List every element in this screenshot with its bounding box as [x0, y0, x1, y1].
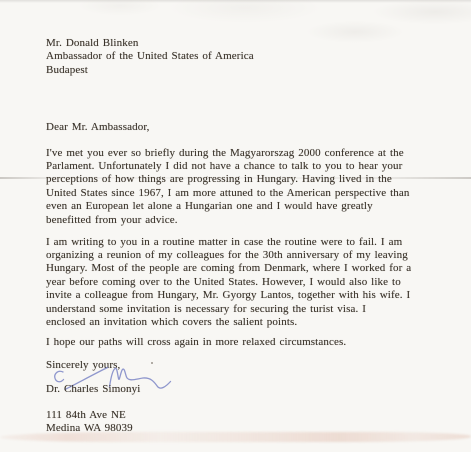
signature-name-text: Dr. Charles Simonyi	[46, 383, 448, 396]
body-paragraph-1: I've met you ever so briefly during the …	[46, 147, 448, 227]
recipient-line: Ambassador of the United States of Ameri…	[46, 50, 448, 63]
letter-page: Mr. Donald BlinkenAmbassador of the Unit…	[0, 0, 471, 452]
recipient-block: Mr. Donald BlinkenAmbassador of the Unit…	[46, 37, 448, 77]
body-line: organizing a reunion of my colleagues fo…	[46, 249, 448, 262]
body-line: even an European let alone a Hungarian o…	[46, 200, 448, 213]
body-line: enclosed an invitation which covers the …	[46, 316, 448, 329]
body-line: I've met you ever so briefly during the …	[46, 147, 448, 160]
sender-address-line: 111 84th Ave NE	[46, 409, 448, 422]
body-line: United States since 1967, I am more attu…	[46, 187, 448, 200]
sender-address-line: Medina WA 98039	[46, 422, 448, 435]
body-line: Hungary. Most of the people are coming f…	[46, 262, 448, 275]
body-line: Parlament. Unfortunately I did not have …	[46, 160, 448, 173]
sender-address-block: 111 84th Ave NEMedina WA 98039	[46, 409, 448, 436]
recipient-line: Budapest	[46, 64, 448, 77]
salutation-text: Dear Mr. Ambassador,	[46, 121, 448, 134]
closing-text: Sincerely yours,	[46, 359, 448, 372]
body-paragraph-2: I am writing to you in a routine matter …	[46, 236, 448, 330]
recipient-line: Mr. Donald Blinken	[46, 37, 448, 50]
closing: Sincerely yours,	[46, 359, 448, 372]
body-line: benefitted from your advice.	[46, 214, 448, 227]
body-line: I am writing to you in a routine matter …	[46, 236, 448, 249]
body-line: understand some invitation is necessary …	[46, 303, 448, 316]
body-line: invite a colleague from Hungary, Mr. Gyo…	[46, 289, 448, 302]
body-line: I hope our paths will cross again in mor…	[46, 336, 448, 349]
signature-name: Dr. Charles Simonyi	[46, 383, 448, 396]
body-line: perceptions of how things are progressin…	[46, 173, 448, 186]
body-paragraph-3: I hope our paths will cross again in mor…	[46, 336, 448, 349]
salutation: Dear Mr. Ambassador,	[46, 121, 448, 134]
body-line: year before coming over to the United St…	[46, 276, 448, 289]
signature-stroke-c	[55, 371, 64, 381]
